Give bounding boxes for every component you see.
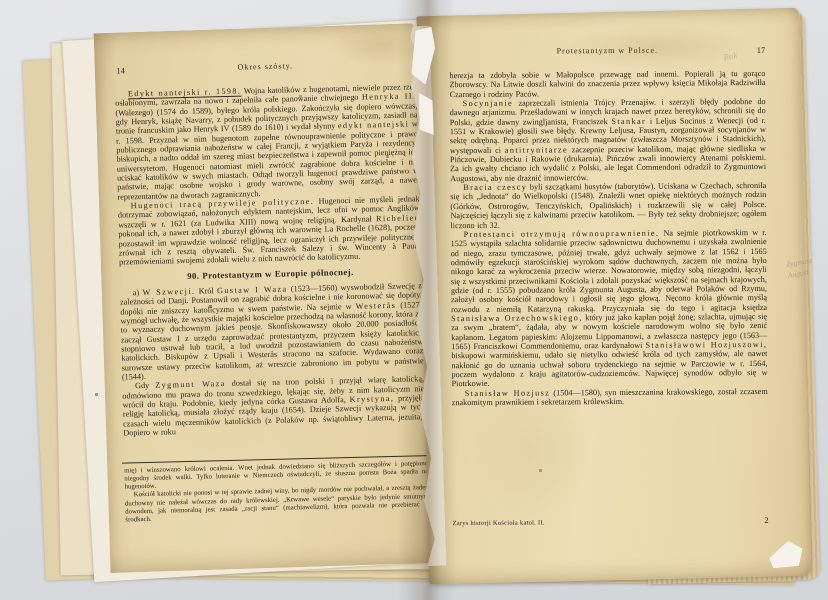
text-segment: Socynjanie xyxy=(463,99,513,108)
paragraph: Stanisław Hozjusz (1504—1580), syn miesz… xyxy=(452,387,768,408)
sheet-number: 2 xyxy=(764,515,768,525)
paragraph: Edykt nantejski r. 1598. Wojna katolików… xyxy=(115,82,420,201)
paragraph: Socynjanie zaprzeczali istnienia Trójcy … xyxy=(450,97,767,183)
right-page-number: 17 xyxy=(757,45,766,55)
left-page-content: 14 Okres szósty. Edykt nantejski r. 1598… xyxy=(95,24,438,572)
text-segment: Stanisława Orzechowskiego, xyxy=(451,313,583,323)
signature-line: Zarys historji Kościoła katol. II. xyxy=(453,519,545,527)
left-page: 14 Okres szósty. Edykt nantejski r. 1598… xyxy=(94,23,441,573)
right-page-header: Protestantyzm w Polsce. 17 xyxy=(449,45,765,58)
right-page: Protestantyzm w Polsce. 17 herezja ta zd… xyxy=(417,8,812,585)
text-segment: herezja ta zdobyła sobie w Małopolsce pr… xyxy=(449,69,765,99)
text-segment: Bracia czescy xyxy=(463,183,527,192)
text-segment: antitrynitarze xyxy=(505,145,568,154)
text-segment: Król xyxy=(195,286,217,296)
paragraph: Protestanci otrzymują równouprawnienie. … xyxy=(451,228,768,389)
paragraph: Hugenoci tracą przywileje polityczne. Hu… xyxy=(118,194,422,267)
text-segment: Stanisławowi Hozjuszowi, xyxy=(645,340,767,350)
right-running-head: Protestantyzm w Polsce. xyxy=(449,45,765,56)
left-page-body: Edykt nantejski r. 1598. Wojna katolików… xyxy=(115,82,426,461)
text-segment: Gdy xyxy=(135,381,155,390)
right-page-content: Protestantyzm w Polsce. 17 herezja ta zd… xyxy=(421,11,807,582)
right-page-footer: Zarys historji Kościoła katol. II. 2 xyxy=(453,515,769,527)
pencil-annotation: Rok xyxy=(722,50,738,63)
paragraph: Bracia czescy byli szczątkami husytów (t… xyxy=(450,181,766,230)
paragraph: Gdy Zygmunt Waza dostał się na tron pols… xyxy=(122,375,425,438)
left-page-header: 14 Okres szósty. xyxy=(114,58,416,76)
paper-specks xyxy=(0,0,1,1)
paragraph: herezja ta zdobyła sobie w Małopolsce pr… xyxy=(449,69,765,99)
footnote: Kościół katolicki nie ponosi w tej spraw… xyxy=(125,485,430,525)
paragraph: 90. Protestantyzm w Europie północnej. xyxy=(119,266,421,283)
text-segment: biskupowi warmińskiemu, udało się nietyl… xyxy=(451,349,767,388)
right-page-body: herezja ta zdobyła sobie w Małopolsce pr… xyxy=(449,69,768,495)
left-running-head: Okres szósty. xyxy=(114,58,416,74)
book-scan-photo: 14 Okres szósty. Edykt nantejski r. 1598… xyxy=(0,0,828,600)
left-page-number: 14 xyxy=(116,65,125,75)
pencil-annotation: Zygmunt August xyxy=(785,255,814,281)
text-segment: Na sejmie piotrkowskim w r. 1525 wystąpi… xyxy=(451,228,768,314)
text-segment: 90. Protestantyzm w Europie północnej. xyxy=(187,266,354,280)
footnote-text: mię) i winszowano królowi ocalenia. Wnet… xyxy=(124,460,429,525)
text-segment: Stankar xyxy=(611,116,646,125)
text-segment: pokonał ich, a nawet zdobył i zburzył gł… xyxy=(118,222,421,266)
text-segment: a) xyxy=(133,288,143,297)
left-page-footnotes: mię) i winszowano królowi ocalenia. Wnet… xyxy=(124,455,429,525)
text-segment: Stanisław Hozjusz xyxy=(465,388,551,398)
text-segment: Kościół katolicki nie ponosi w tej spraw… xyxy=(125,485,429,524)
paragraph: a) W Szwecji. Król Gustaw I Waza (1523—1… xyxy=(120,281,424,382)
